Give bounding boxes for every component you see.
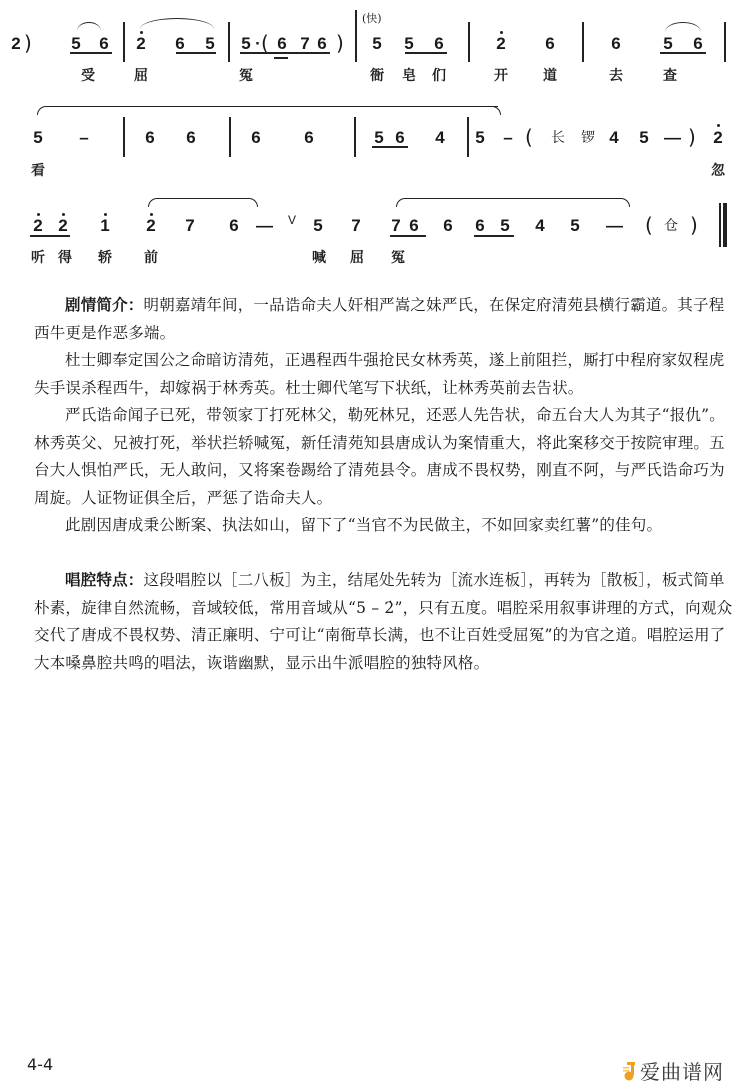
dash: — [664,128,680,148]
lyric: 冤 [238,68,254,84]
barline [123,117,125,157]
slur [665,22,701,32]
underline [372,146,408,148]
note: 1 [97,216,113,236]
underline [390,235,426,237]
lyric: 开 [493,68,509,84]
synopsis-label: 剧情简介： [65,296,144,314]
note: 6 [406,216,422,236]
note: 6 [314,34,330,54]
note: 2 [8,34,24,54]
note: 5 [472,128,488,148]
note: 6 [431,34,447,54]
synopsis-paragraph-4: 此剧因唐成秉公断案、执法如山，留下了“当官不为民做主，不如回家卖红薯”的佳句。 [34,512,734,540]
percussion-label: 锣 [580,130,596,146]
note: 5 [369,34,385,54]
note: 6 [608,34,624,54]
note: 5 [371,128,387,148]
close-paren: ) [690,215,698,235]
underline [274,57,288,59]
features-label: 唱腔特点： [65,571,144,589]
lyric: 得 [57,250,73,266]
note: 5 [636,128,652,148]
note: 5 [497,216,513,236]
close-paren: ) [336,33,344,53]
close-paren: ) [688,127,696,147]
slur [140,18,214,29]
note: 6 [392,128,408,148]
lyric: 道 [542,68,558,84]
lyric: 们 [431,68,447,84]
features-paragraph: 唱腔特点：这段唱腔以［二八板］为主，结尾处先转为［流水连板］，再转为［散板］，板… [34,567,734,677]
note: 6 [472,216,488,236]
dash: — [256,216,272,236]
note: 6 [248,128,264,148]
site-logo[interactable]: 爱曲谱网 [622,1056,724,1085]
lyric: 前 [143,250,159,266]
open-paren: ( [525,127,533,147]
underline [660,52,706,54]
note: 5 [660,34,676,54]
underline [240,52,330,54]
underline [405,52,447,54]
final-barline-thin [719,203,721,247]
note: 6 [96,34,112,54]
breath-mark: V [288,213,296,227]
dash: – [500,128,516,148]
note: 2 [710,128,726,148]
note: 2 [133,34,149,54]
barline [229,117,231,157]
underline [30,235,70,237]
dash: — [606,216,622,236]
note: 5 [202,34,218,54]
slur [396,198,630,207]
lyric: 查 [662,68,678,84]
underline [474,235,514,237]
slur [350,106,501,115]
barline [468,22,470,62]
note: 6 [690,34,706,54]
note: 5 [567,216,583,236]
note: 5 [30,128,46,148]
lyric: 衙 [369,68,385,84]
slur [148,198,258,207]
note: 6 [226,216,242,236]
lyric: 去 [608,68,624,84]
lyric: 冤 [390,250,406,266]
note: 7 [297,34,313,54]
synopsis-paragraph-2: 杜士卿奉定国公之命暗访清苑，正遇程西牛强抢民女林秀英，遂上前阻拦，厮打中程府家奴… [34,347,734,402]
lyric: 听 [30,250,46,266]
note: 6 [542,34,558,54]
barline [228,22,230,62]
barline [354,117,356,157]
lyric: 皂 [401,68,417,84]
barline [582,22,584,62]
site-name: 爱曲谱网 [640,1056,724,1085]
music-note-icon [622,1061,636,1081]
lyric: 喊 [311,250,327,266]
note: 7 [182,216,198,236]
underline [70,52,112,54]
barline [467,117,469,157]
percussion-label: 仓 [663,218,679,234]
lyric: 忽 [710,163,726,179]
lyric: 看 [30,163,46,179]
open-paren: ( [261,33,269,53]
synopsis-paragraph-3: 严氏诰命闻子已死，带领家丁打死林父，勒死林兄，还恶人先告状，命五台大人为其子“报… [34,402,734,512]
note: 6 [142,128,158,148]
slur [77,22,101,31]
close-paren: ) [24,33,32,53]
note: 4 [606,128,622,148]
note: 4 [532,216,548,236]
note: 5 [68,34,84,54]
note: 6 [183,128,199,148]
note: 6 [440,216,456,236]
dash: – [76,128,92,148]
note: 4 [432,128,448,148]
note: 7 [348,216,364,236]
note: 5 [401,34,417,54]
tempo-marking: (快) [362,10,382,26]
note: 2 [55,216,71,236]
barline [123,22,125,62]
final-barline-thick [723,203,727,247]
note: 2 [493,34,509,54]
synopsis-paragraph-1: 剧情简介：明朝嘉靖年间，一品诰命夫人奸相严嵩之妹严氏，在保定府清苑县横行霸道。其… [34,292,734,347]
note: 2 [143,216,159,236]
open-paren: ( [645,215,653,235]
barline [724,22,726,62]
note: 6 [301,128,317,148]
page-number: 4-4 [27,1055,53,1074]
note: 6 [274,34,290,54]
lyric: 受 [80,68,96,84]
underline [176,52,216,54]
percussion-label: 长 [550,130,566,146]
lyric: 轿 [97,250,113,266]
note: 5 [310,216,326,236]
note: 2 [30,216,46,236]
octave-dot [717,124,720,127]
note: 7 [388,216,404,236]
lyric: 屈 [133,68,149,84]
lyric: 屈 [349,250,365,266]
barline [355,10,357,62]
note: 6 [172,34,188,54]
